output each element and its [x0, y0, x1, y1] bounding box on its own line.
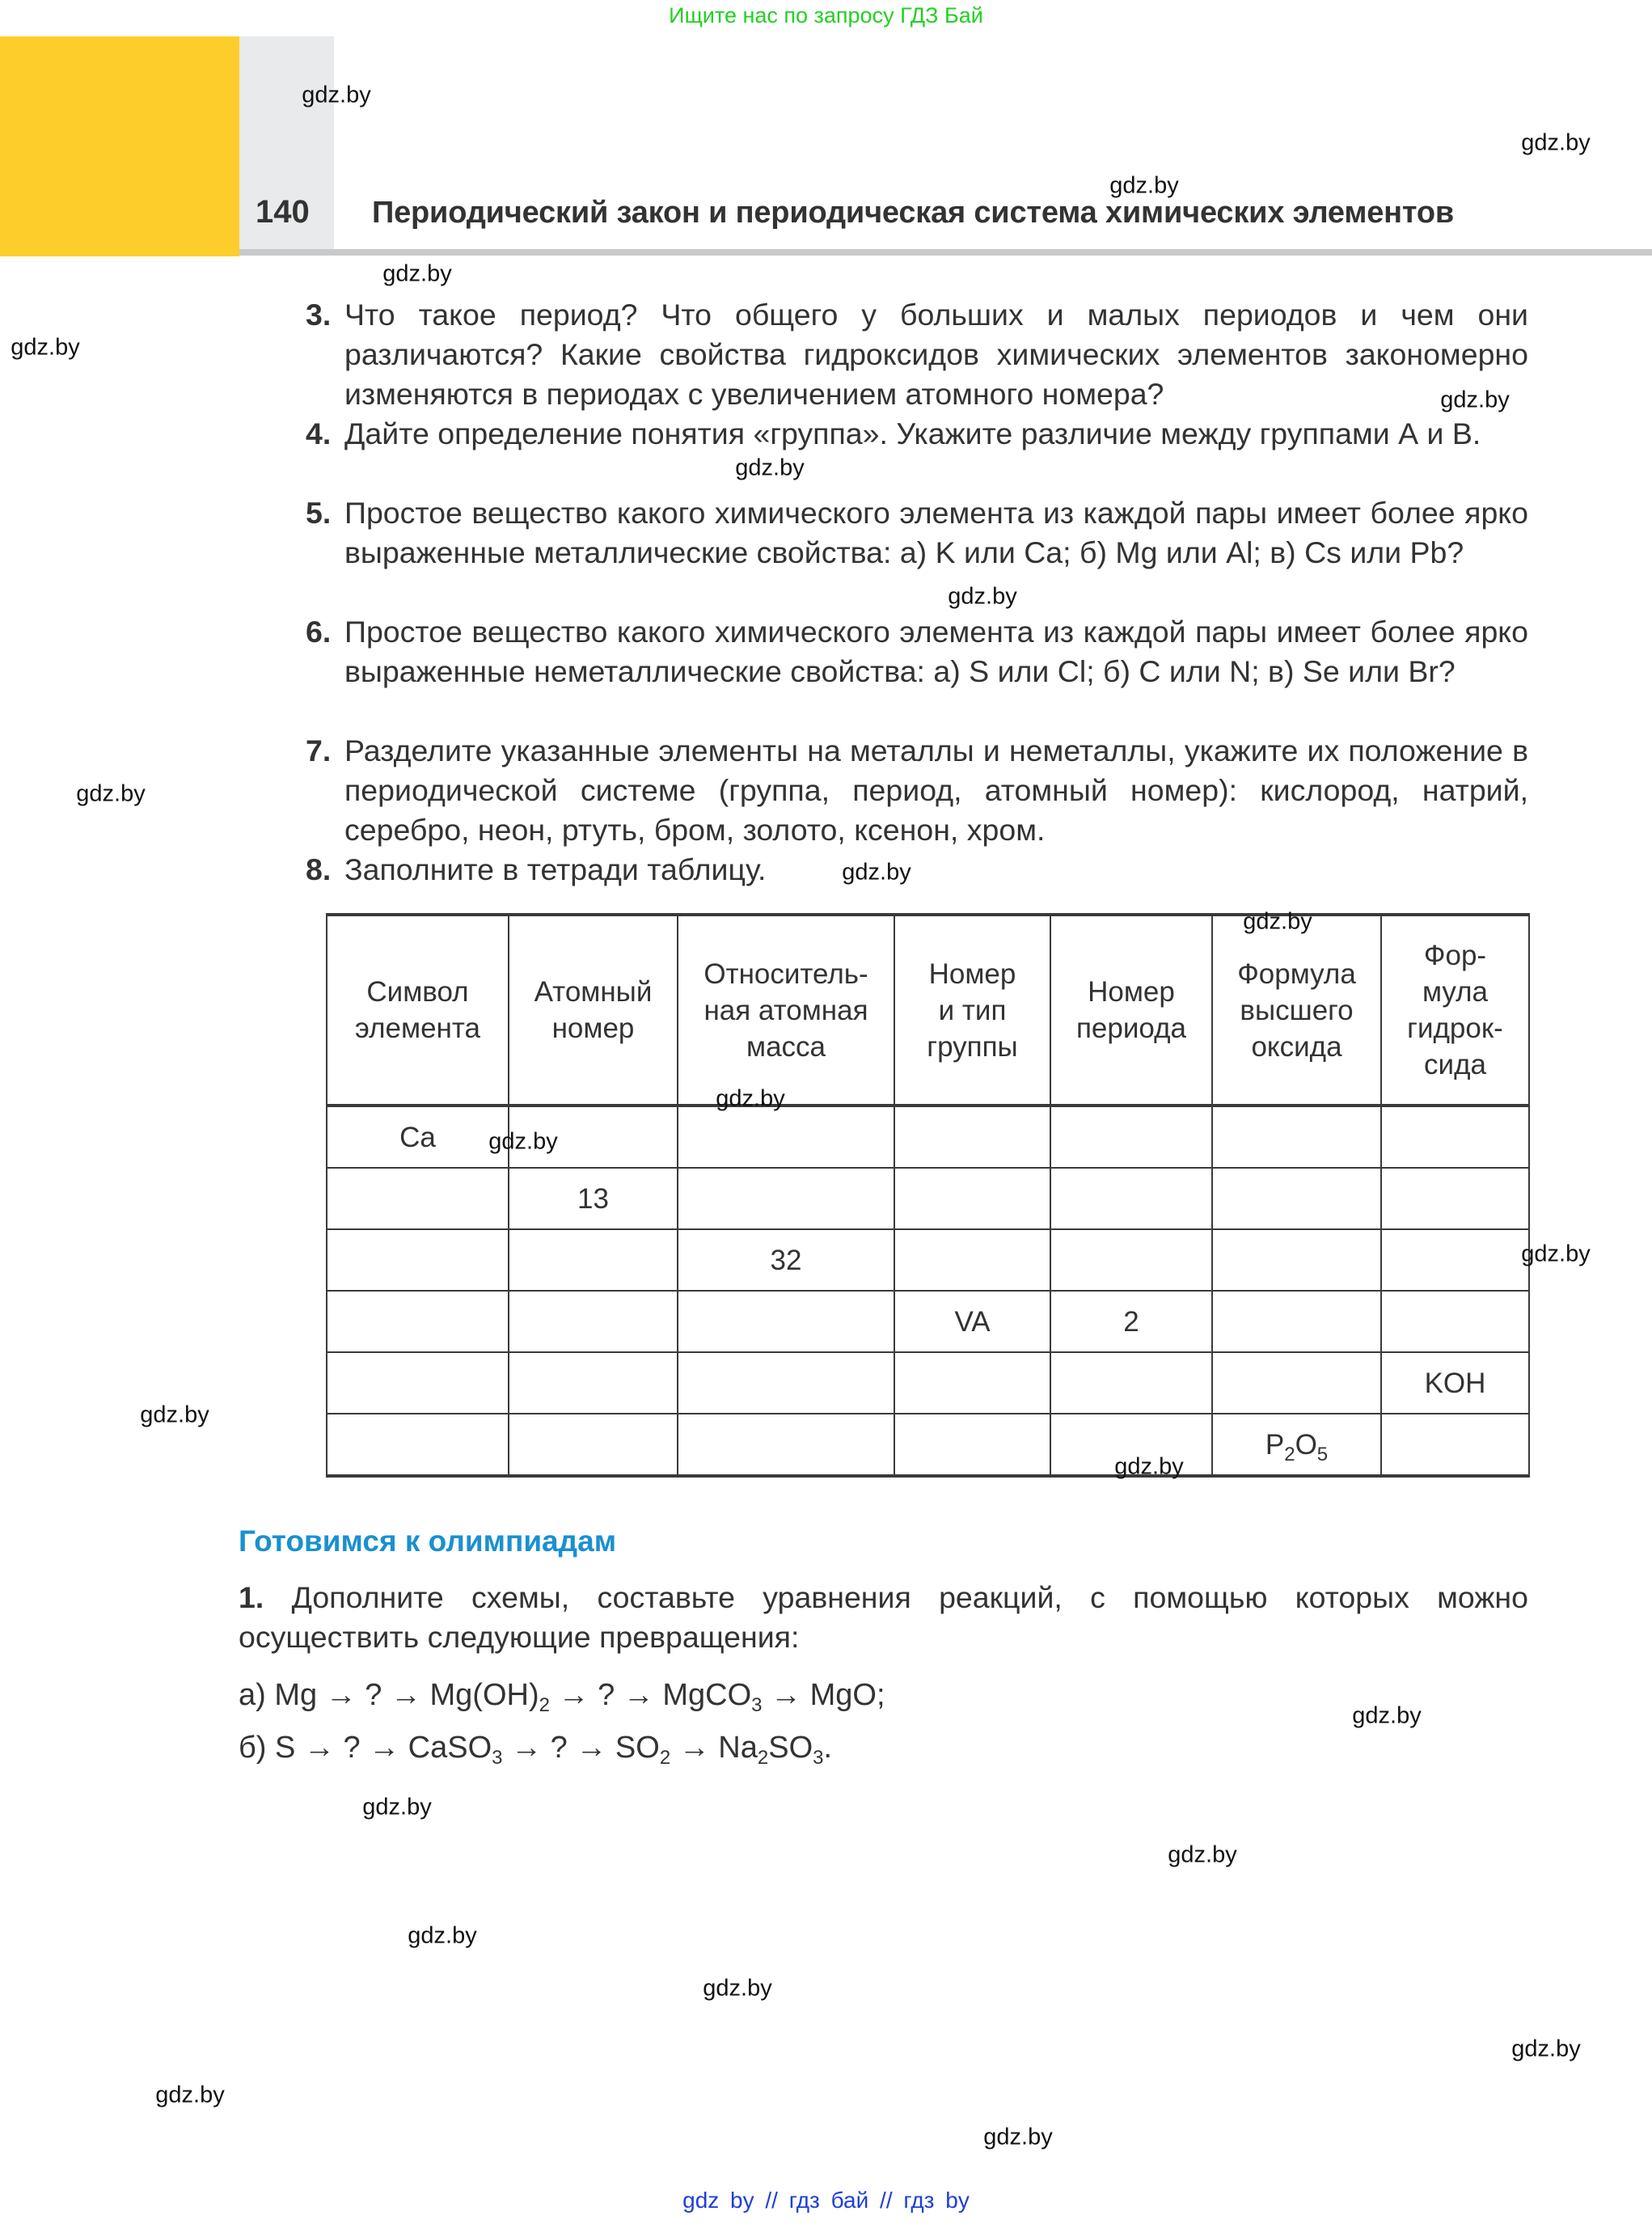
table-cell — [1212, 1229, 1381, 1291]
olympiad-heading: Готовимся к олимпиадам — [239, 1524, 616, 1558]
watermark: gdz.by — [703, 1976, 771, 2002]
watermark: gdz.by — [302, 82, 370, 109]
watermark: gdz.by — [1440, 387, 1509, 414]
question-6: 6. Простое вещество какого химического э… — [306, 612, 1528, 691]
question-text: Простое вещество какого химического элем… — [344, 612, 1528, 691]
question-3: 3. Что такое период? Что общего у больши… — [306, 295, 1528, 414]
table-cell — [1381, 1168, 1529, 1229]
table-cell — [327, 1229, 509, 1291]
watermark: gdz.by — [1168, 1842, 1236, 1869]
table-cell: 32 — [678, 1229, 894, 1291]
table-cell — [327, 1414, 509, 1476]
reaction-chain-a: а) Mg → ? → Mg(OH)2 → ? → MgCO3 → MgO; — [239, 1678, 885, 1713]
table-cell — [678, 1291, 894, 1352]
table-cell — [327, 1168, 509, 1229]
olympiad-task-1: 1. Дополните схемы, составьте уравнения … — [239, 1578, 1528, 1657]
table-cell: VA — [894, 1291, 1050, 1352]
page-number: 140 — [256, 194, 310, 230]
table-cell — [894, 1352, 1050, 1414]
watermark: gdz.by — [1352, 1703, 1421, 1730]
table-cell — [1381, 1414, 1529, 1476]
watermark: gdz.by — [735, 455, 804, 482]
col-header-oxide: Формулавысшегооксида — [1212, 915, 1381, 1106]
col-header-atomic-number: Атомныйномер — [509, 915, 678, 1106]
question-text: Заполните в тетради таблицу. — [344, 850, 1528, 890]
table-cell — [1212, 1106, 1381, 1168]
question-number: 4. — [306, 414, 331, 454]
table-cell: Ca — [327, 1106, 509, 1168]
table-cell — [1050, 1106, 1212, 1168]
table-row: 32 — [327, 1229, 1529, 1291]
watermark: gdz.by — [76, 781, 145, 808]
table-cell — [1212, 1352, 1381, 1414]
table-cell: P2O5 — [1212, 1414, 1381, 1476]
watermark: gdz.by — [140, 1402, 209, 1429]
task-text: Дополните схемы, составьте уравнения реа… — [239, 1580, 1528, 1654]
question-text: Разделите указанные элементы на металлы … — [344, 731, 1528, 850]
question-text: Дайте определение понятия «группа». Укаж… — [344, 414, 1528, 454]
table-row: KOH — [327, 1352, 1529, 1414]
watermark: gdz.by — [1521, 130, 1590, 157]
col-header-symbol: Символэлемента — [327, 915, 509, 1106]
watermark: gdz.by — [842, 860, 911, 886]
table-cell — [1381, 1229, 1529, 1291]
table-cell — [678, 1414, 894, 1476]
table-cell — [894, 1168, 1050, 1229]
table-cell — [509, 1414, 678, 1476]
table-row: P2O5 — [327, 1414, 1529, 1476]
question-text: Простое вещество какого химического элем… — [344, 493, 1528, 573]
watermark: gdz.by — [983, 2125, 1052, 2151]
search-hint-banner: Ищите нас по запросу ГДЗ Бай — [0, 3, 1652, 28]
chapter-accent-bar — [0, 36, 239, 256]
watermark: gdz.by — [1114, 1454, 1183, 1481]
element-table: Символэлемента Атомныйномер Относитель-н… — [326, 913, 1530, 1478]
table-cell — [509, 1291, 678, 1352]
col-header-atomic-mass: Относитель-ная атомнаямасса — [678, 915, 894, 1106]
watermark: gdz.by — [382, 261, 451, 288]
task-number: 1. — [239, 1580, 264, 1614]
question-7: 7. Разделите указанные элементы на метал… — [306, 731, 1528, 850]
watermark: gdz.by — [488, 1129, 557, 1156]
question-number: 8. — [306, 850, 331, 890]
question-number: 3. — [306, 295, 331, 335]
table-cell: KOH — [1381, 1352, 1529, 1414]
col-header-period: Номерпериода — [1050, 915, 1212, 1106]
question-text: Что такое период? Что общего у больших и… — [344, 295, 1528, 414]
table-cell — [1050, 1352, 1212, 1414]
question-5: 5. Простое вещество какого химического э… — [306, 493, 1528, 573]
footer-links: gdz by // гдз бай // гдз by — [0, 2188, 1652, 2213]
watermark: gdz.by — [155, 2082, 224, 2109]
question-number: 5. — [306, 493, 331, 533]
col-header-hydroxide: Фор-мулагидрок-сида — [1381, 915, 1529, 1106]
question-4: 4. Дайте определение понятия «группа». У… — [306, 414, 1528, 454]
table-cell — [327, 1352, 509, 1414]
watermark: gdz.by — [716, 1086, 784, 1113]
table-cell — [509, 1352, 678, 1414]
watermark: gdz.by — [408, 1923, 476, 1950]
table-cell — [327, 1291, 509, 1352]
watermark: gdz.by — [362, 1795, 431, 1821]
table-cell — [509, 1229, 678, 1291]
table-cell — [894, 1229, 1050, 1291]
chapter-title: Периодический закон и периодическая сист… — [372, 196, 1454, 230]
watermark: gdz.by — [948, 584, 1016, 611]
reaction-chain-b: б) S → ? → CaSO3 → ? → SO2 → Na2SO3. — [239, 1731, 832, 1765]
watermark: gdz.by — [1521, 1241, 1590, 1268]
col-header-group: Номери типгруппы — [894, 915, 1050, 1106]
header-rule — [239, 249, 1652, 256]
table-cell — [678, 1168, 894, 1229]
table-cell — [1212, 1291, 1381, 1352]
table-header-row: Символэлемента Атомныйномер Относитель-н… — [327, 915, 1529, 1106]
table-cell — [1381, 1106, 1529, 1168]
table-cell — [1050, 1229, 1212, 1291]
table-cell — [678, 1106, 894, 1168]
table-cell — [894, 1106, 1050, 1168]
table-cell — [1381, 1291, 1529, 1352]
table-cell — [894, 1414, 1050, 1476]
question-number: 7. — [306, 731, 331, 771]
question-8: 8. Заполните в тетради таблицу. — [306, 850, 1528, 890]
table-cell — [1050, 1168, 1212, 1229]
table-row: 13 — [327, 1168, 1529, 1229]
table-cell: 2 — [1050, 1291, 1212, 1352]
question-number: 6. — [306, 612, 331, 652]
watermark: gdz.by — [1109, 173, 1178, 200]
table-cell: 13 — [509, 1168, 678, 1229]
table-cell — [1212, 1168, 1381, 1229]
table-cell — [678, 1352, 894, 1414]
watermark: gdz.by — [1243, 909, 1312, 936]
watermark: gdz.by — [1511, 2036, 1580, 2063]
watermark: gdz.by — [11, 335, 79, 362]
table-row: VA2 — [327, 1291, 1529, 1352]
